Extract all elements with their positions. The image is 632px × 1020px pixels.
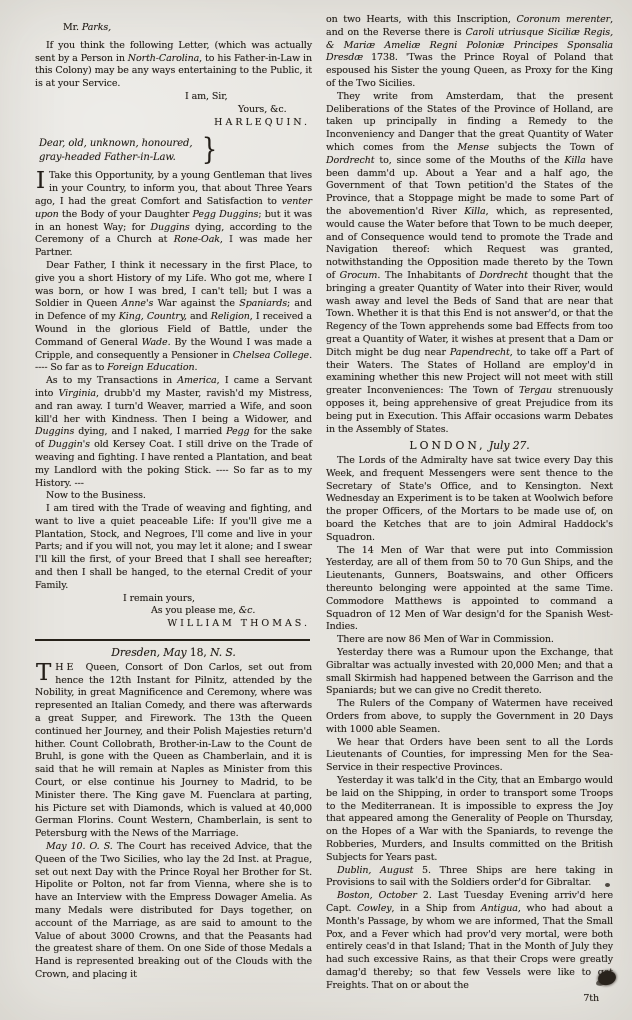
text-run: to, since some of the Mouths of the (374, 155, 564, 166)
salutation: Mr. Parks, (35, 22, 312, 35)
text-run: Virginia (59, 388, 96, 399)
text-run: Duggins (35, 426, 74, 437)
text-run: America (177, 375, 216, 386)
text-run: Dresden, May (111, 646, 186, 659)
text-run: Duggins (150, 222, 189, 233)
news-paragraph: There are now 86 Men of War in Commissio… (326, 634, 613, 647)
text-run: on two Hearts, with this Inscription, (326, 14, 517, 25)
curly-brace: } (202, 144, 217, 157)
text-run: As to my Transactions in (46, 375, 177, 386)
text-run: Chelsea College (233, 350, 309, 361)
text-run: Antigua (481, 903, 518, 914)
text-run: Tergau (519, 385, 552, 396)
text-run: 7th (583, 993, 599, 1004)
drop-cap: T (35, 662, 55, 683)
text-run: The 14 Men of War that were put into Com… (326, 545, 613, 633)
news-paragraph: The Rulers of the Company of Watermen ha… (326, 698, 613, 736)
text-run: 1738. 'Twas the Prince Royal of Poland t… (326, 52, 613, 89)
letter-paragraph: Now to the Business. (35, 490, 312, 503)
text-run: , in a Ship from (392, 903, 481, 914)
drop-cap: I (35, 170, 49, 191)
text-run: Dordrecht (326, 155, 374, 166)
text-run: &c. (239, 605, 256, 616)
letter-paragraph: Dear Father, I think it necessary in the… (35, 260, 312, 375)
text-run: North-Carolina (128, 53, 199, 64)
text-run: May 10. O. S. (46, 841, 113, 852)
letter-paragraph: As to my Transactions in America, I came… (35, 375, 312, 490)
dresden-dateline: Dresden, May 18, N. S. (35, 647, 312, 660)
catchword: 7th (326, 993, 613, 1006)
section-divider-rule (35, 639, 310, 641)
addressee-line: Dear, old, unknown, honoured, (39, 137, 192, 151)
text-run: Mense (458, 142, 489, 153)
text-run: venter (282, 196, 313, 207)
text-run: upon (35, 209, 59, 220)
text-run: As you please me, (151, 605, 239, 616)
text-run: Take this Opportunity, by a young Gentle… (35, 170, 312, 207)
text-run: Papendrecht (450, 347, 510, 358)
text-run: Killa (464, 206, 485, 217)
text-run: I remain yours, (123, 593, 195, 604)
news-paragraph: on two Hearts, with this Inscription, Co… (326, 14, 613, 91)
text-run: and (187, 311, 211, 322)
text-run: Yesterday there was a Rumour upon the Ex… (326, 647, 613, 696)
news-paragraph: They write from Amsterdam, that the pres… (326, 91, 613, 437)
newspaper-page: Mr. Parks,If you think the following Let… (0, 0, 632, 1020)
text-run: Spaniards (239, 298, 287, 309)
text-run: Killa (564, 155, 585, 166)
signature-william-thomas: WILLIAM THOMAS. (35, 618, 312, 631)
addressee-lines: Dear, old, unknown, honoured,gray-headed… (39, 137, 192, 164)
text-run: War against the (153, 298, 239, 309)
text-run: The Court has received Advice, that the … (35, 841, 312, 980)
text-run: Yesterday it was talk'd in the City, tha… (326, 775, 613, 863)
text-run: The Lords of the Admiralty have sat twic… (326, 455, 613, 543)
text-run: I am, Sir, (185, 91, 228, 102)
closing-line: Yours, &c. (35, 104, 312, 117)
ink-speck (605, 883, 610, 887)
news-paragraph: Yesterday there was a Rumour upon the Ex… (326, 647, 613, 698)
text-run: . The Inhabitants of (377, 270, 479, 281)
text-run: Mr. (63, 22, 82, 33)
text-run: Foreign Education (107, 362, 194, 373)
left-column: Mr. Parks,If you think the following Let… (35, 14, 312, 1005)
closing-line: As you please me, &c. (35, 605, 312, 618)
london-dateline: LONDON, July 27. (326, 440, 613, 453)
text-run: , who had about a Month's Passage, by wh… (326, 903, 613, 991)
text-run: dying, and I naked, I married (74, 426, 226, 437)
text-run: N. S. (210, 646, 236, 659)
news-paragraph: The 14 Men of War that were put into Com… (326, 545, 613, 635)
text-run: HARLEQUIN. (214, 117, 310, 128)
text-run: thought that the bringing a greater Quan… (326, 270, 613, 358)
text-run: King, Country, (119, 311, 187, 322)
news-paragraph: Boston, October 2. Last Tuesday Evening … (326, 890, 613, 992)
text-run: 18, (187, 646, 211, 659)
text-run: Dear, old, unknown, honoured, (39, 138, 192, 149)
text-columns: Mr. Parks,If you think the following Let… (35, 14, 613, 1005)
text-run: WILLIAM THOMAS. (167, 618, 310, 629)
text-run: Duggin's (48, 439, 90, 450)
news-paragraph: Yesterday it was talk'd in the City, tha… (326, 775, 613, 865)
intro-paragraph: If you think the following Letter, (whic… (35, 40, 312, 91)
text-run: Anne's (122, 298, 154, 309)
text-run: Pegg (226, 426, 249, 437)
letter-addressee: Dear, old, unknown, honoured,gray-headed… (35, 137, 312, 164)
text-run: Rone-Oak (174, 234, 220, 245)
text-run: I am tired with the Trade of weaving and… (35, 503, 312, 591)
text-run: the Body of your Daughter (59, 209, 193, 220)
dresden-paragraph: THE Queen, Consort of Don Carlos, set ou… (35, 662, 312, 841)
dresden-paragraph: May 10. O. S. The Court has received Adv… (35, 841, 312, 982)
closing-line: I remain yours, (35, 593, 312, 606)
text-run: subjects the Town of (489, 142, 613, 153)
text-run: LONDON, (409, 439, 485, 452)
text-run: We hear that Orders have been sent to al… (326, 737, 613, 774)
text-run: There are now 86 Men of War in Commissio… (337, 634, 554, 645)
closing-line: I am, Sir, (35, 91, 312, 104)
text-run: Queen, Consort of Don Carlos, set out fr… (35, 662, 312, 839)
signature-harlequin: HARLEQUIN. (35, 117, 312, 130)
text-run: Coronum merenter (517, 14, 611, 25)
letter-paragraph: I am tired with the Trade of weaving and… (35, 503, 312, 593)
addressee-line: gray-headed Father-in-Law. (39, 151, 192, 165)
news-paragraph: The Lords of the Admiralty have sat twic… (326, 455, 613, 545)
news-paragraph: Dublin, August 5. Three Ships are here t… (326, 865, 613, 891)
text-run: Now to the Business. (46, 490, 146, 501)
text-run: Grocum (340, 270, 378, 281)
letter-paragraph: ITake this Opportunity, by a young Gentl… (35, 170, 312, 260)
text-run: Dordrecht (479, 270, 527, 281)
text-run: Cowley (357, 903, 392, 914)
news-paragraph: We hear that Orders have been sent to al… (326, 737, 613, 775)
text-run: HE (55, 662, 85, 673)
text-run: . (195, 362, 198, 373)
text-run: Parks, (82, 22, 111, 33)
text-run: Wade (142, 337, 168, 348)
text-run: July 27. (489, 439, 530, 452)
text-run: The Rulers of the Company of Watermen ha… (326, 698, 613, 735)
text-run: Pegg Duggins (192, 209, 258, 220)
text-run: Dublin, August (337, 865, 413, 876)
text-run: gray-headed Father-in-Law. (39, 152, 176, 163)
text-run: Yours, &c. (238, 104, 287, 115)
text-run: Boston, October (337, 890, 417, 901)
text-run: Religion (211, 311, 250, 322)
right-column: on two Hearts, with this Inscription, Co… (326, 14, 613, 1005)
